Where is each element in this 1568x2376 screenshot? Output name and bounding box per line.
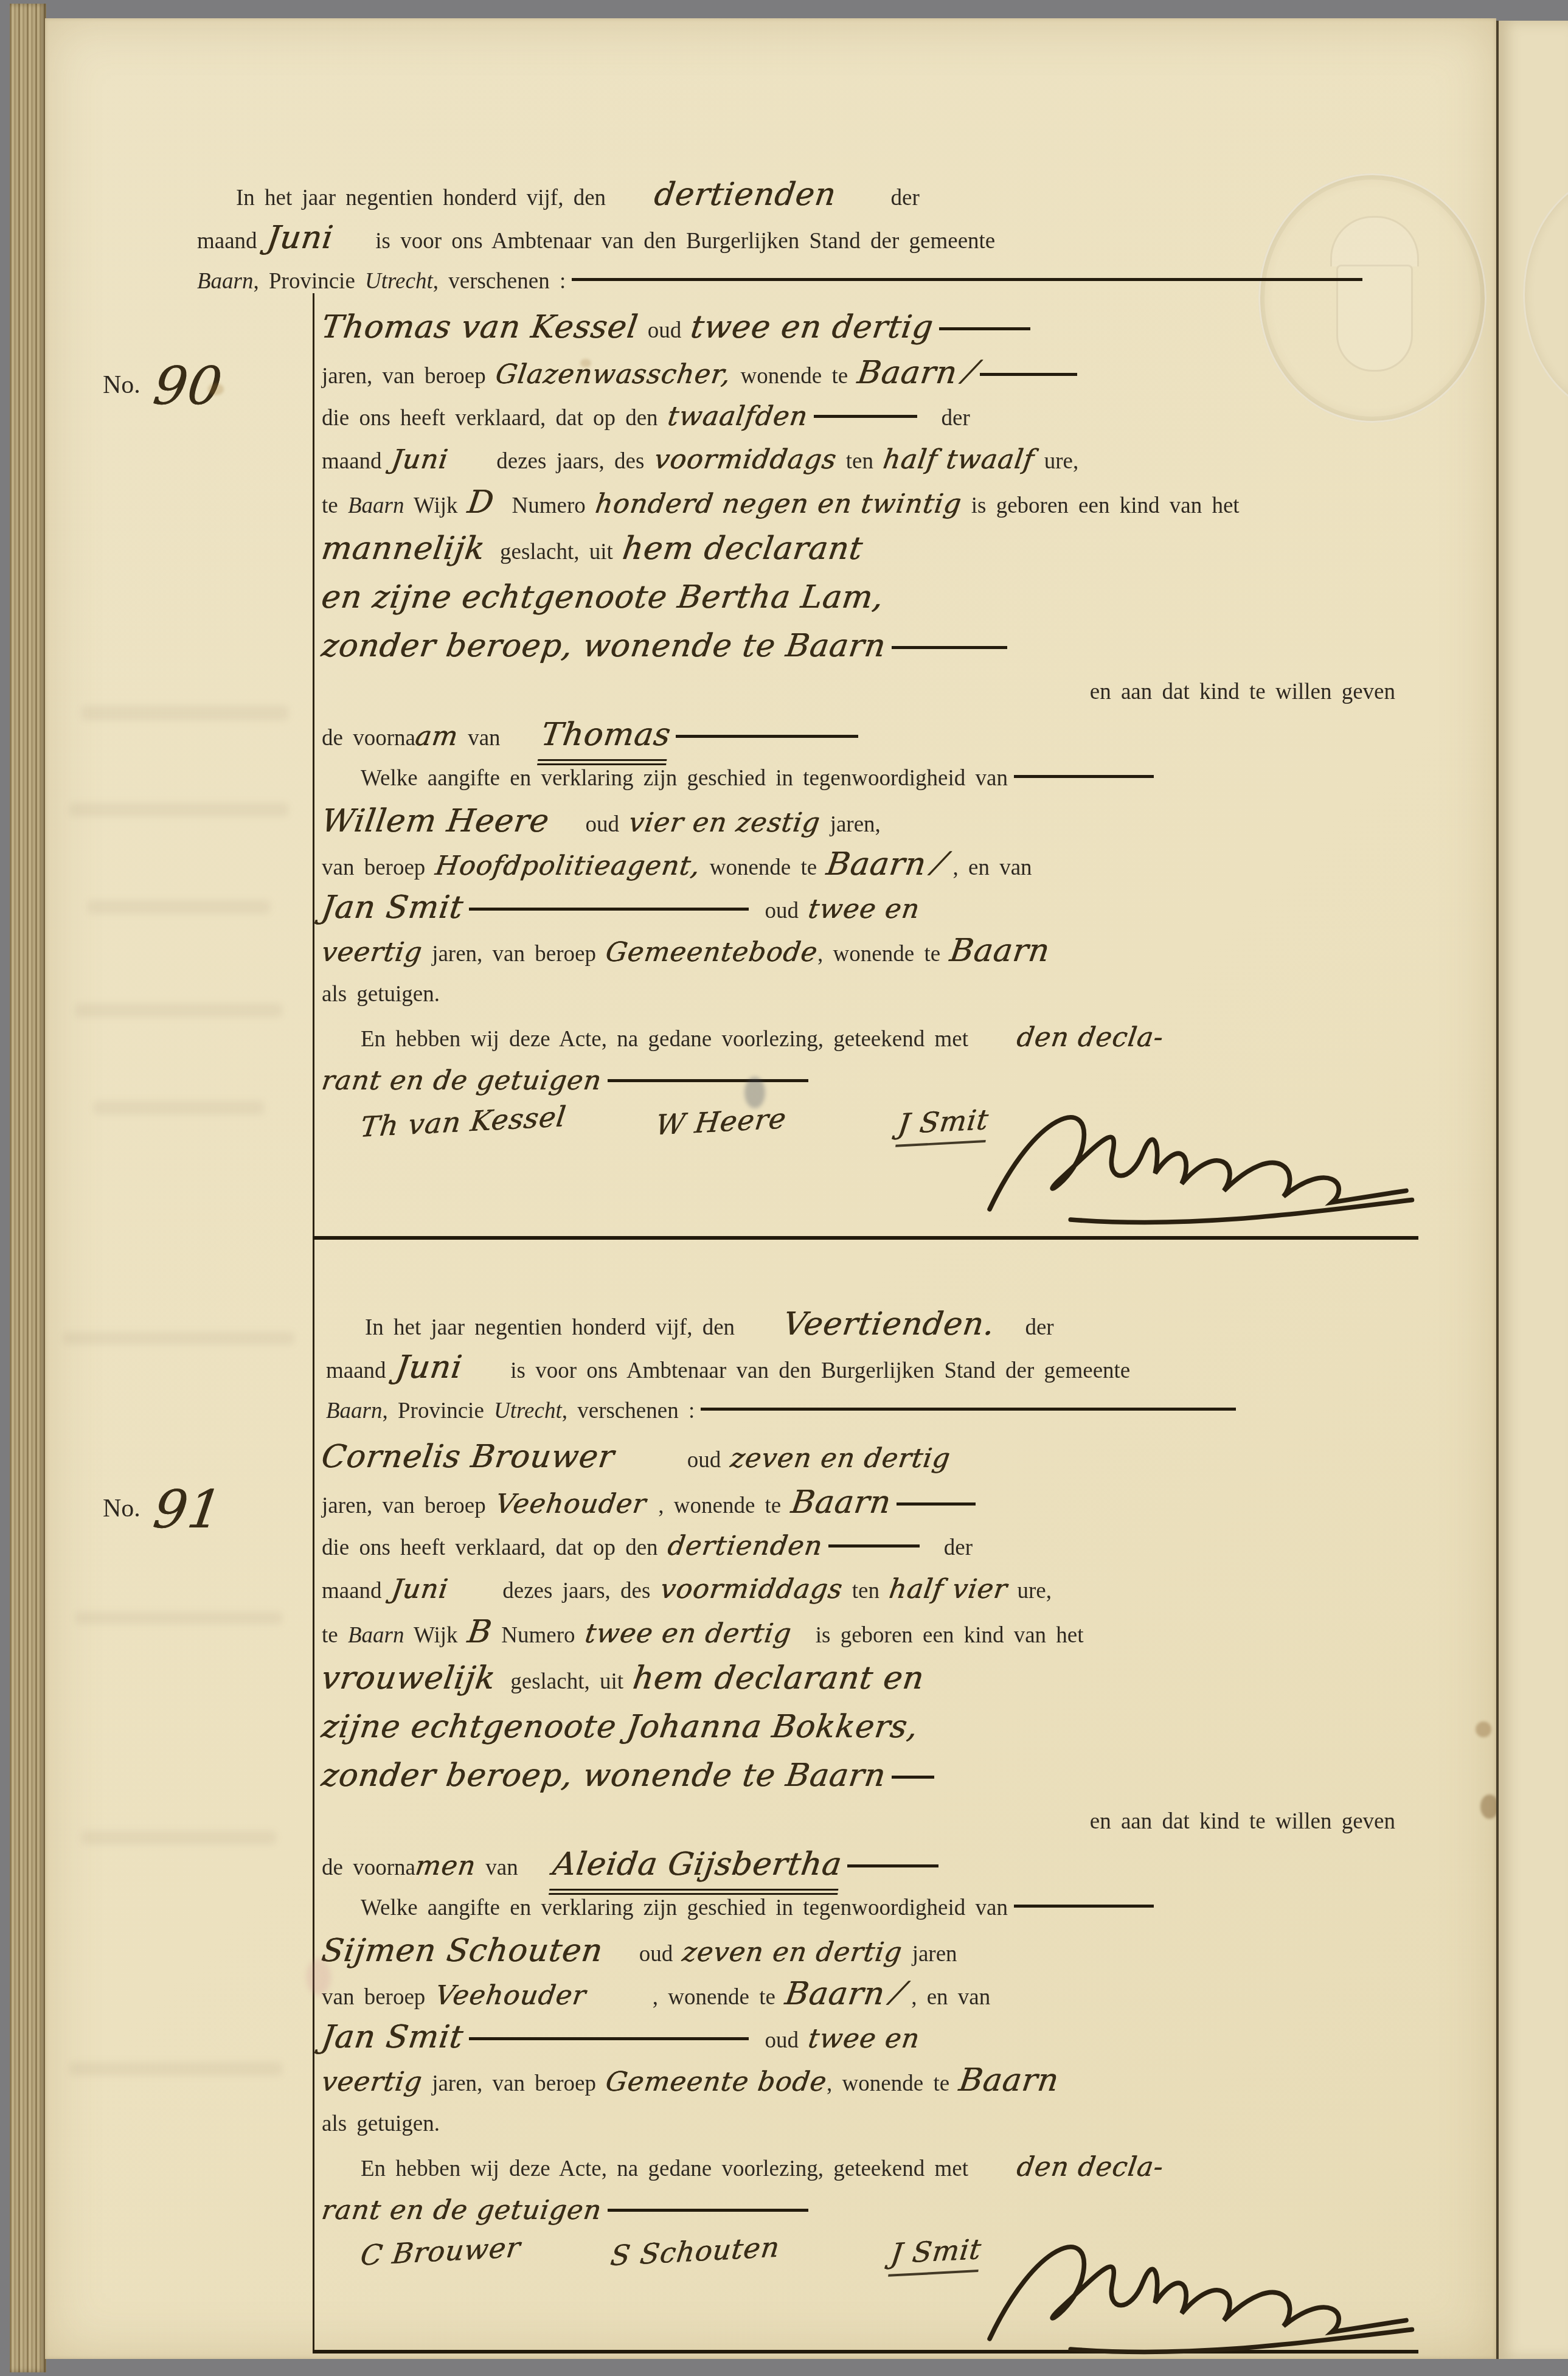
printed-text: te bbox=[322, 493, 348, 518]
printed-text: Numero bbox=[491, 1623, 585, 1648]
handwritten-text: voormiddags bbox=[657, 1568, 845, 1611]
gap bbox=[994, 1334, 1025, 1335]
printed-text: jaren, van beroep bbox=[322, 1493, 496, 1518]
ruled-blank-line bbox=[892, 1776, 934, 1779]
printed-text: wonende te bbox=[699, 855, 827, 880]
record-line: te Baarn Wijk B Numero twee en dertigis … bbox=[322, 1611, 1420, 1654]
printed-text: , Provincie bbox=[383, 1398, 494, 1423]
handwritten-text: en zijne echtgenoote Bertha Lam, bbox=[318, 573, 887, 622]
handwritten-text: D bbox=[465, 481, 497, 524]
printed-text: jaren bbox=[902, 1942, 957, 1967]
printed-text: , wonende te bbox=[653, 1985, 785, 2010]
handwritten-text: zonder beroep, wonende te Baarn bbox=[318, 622, 889, 670]
printed-text: die ons heeft verklaard, dat op den bbox=[322, 406, 668, 431]
printed-text: En hebben wij deze Acte, na gedane voorl… bbox=[361, 2156, 978, 2181]
record-line: maand Juniis voor ons Ambtenaar van den … bbox=[197, 217, 1420, 260]
handwritten-text: twee en dertig bbox=[688, 303, 937, 352]
ruled-blank-line bbox=[701, 1408, 1236, 1411]
registrar-signature-flourish bbox=[955, 1084, 1429, 1236]
gap bbox=[448, 468, 496, 468]
printed-text: maand bbox=[322, 449, 392, 474]
handwritten-text: Juni bbox=[264, 217, 336, 260]
record-header: In het jaar negentien honderd vijf, den … bbox=[326, 1303, 1421, 1433]
ruled-blank-line bbox=[608, 2209, 808, 2212]
printed-text: Baarn bbox=[348, 493, 404, 518]
printed-text: der bbox=[944, 1535, 973, 1560]
gap bbox=[549, 831, 586, 832]
printed-text: geslacht, uit bbox=[510, 1669, 633, 1694]
handwritten-text: twaalfden bbox=[665, 395, 811, 438]
record-line: Cornelis Brouweroud zeven en dertig bbox=[322, 1433, 1420, 1481]
printed-text: als getuigen. bbox=[322, 982, 440, 1007]
handwritten-text: Jan Smit bbox=[319, 2016, 466, 2059]
record-line: zijne echtgenoote Johanna Bokkers, bbox=[322, 1703, 1420, 1751]
printed-text: oud bbox=[586, 812, 630, 837]
record-line: die ons heeft verklaard, dat op den twaa… bbox=[322, 395, 1420, 438]
printed-text: de voorna bbox=[322, 726, 415, 751]
handwritten-text: half vier bbox=[886, 1568, 1010, 1611]
handwritten-text: veertig bbox=[319, 2060, 425, 2103]
stain bbox=[580, 359, 591, 367]
printed-text: jaren, bbox=[820, 812, 880, 837]
printed-text: is geboren een kind van het bbox=[816, 1623, 1084, 1648]
gap bbox=[836, 204, 891, 205]
record-line: veertig jaren, van beroep Gemeente bode,… bbox=[322, 2059, 1420, 2102]
handwritten-text: Baarn ⁄ bbox=[782, 1973, 904, 2016]
printed-text: de voorna bbox=[322, 1855, 415, 1880]
handwritten-text: den decla- bbox=[975, 1016, 1167, 1059]
printed-text: Welke aangifte en verklaring zijn geschi… bbox=[361, 1895, 1008, 1920]
record-number-label: No. bbox=[103, 371, 140, 399]
record-line: Sijmen Schoutenoud zeven en dertig jaren bbox=[322, 1930, 1420, 1973]
ruled-blank-line bbox=[814, 415, 917, 418]
record-number-value: 91 bbox=[150, 1479, 226, 1540]
record-line: veertig jaren, van beroep Gemeentebode, … bbox=[322, 929, 1420, 973]
handwritten-text: twee en bbox=[805, 888, 923, 931]
printed-text: maand bbox=[326, 1358, 396, 1383]
record-line: maand Junidezes jaars, des voormiddags t… bbox=[322, 438, 1420, 481]
handwritten-text: B bbox=[465, 1611, 494, 1654]
printed-text: Welke aangifte en verklaring zijn geschi… bbox=[361, 766, 1008, 791]
printed-text: oud bbox=[755, 898, 808, 923]
record-line: Welke aangifte en verklaring zijn geschi… bbox=[322, 1886, 1420, 1930]
printed-text: In het jaar negentien honderd vijf, den bbox=[236, 186, 616, 210]
record-line: Thomas van Kessel oud twee en dertig bbox=[322, 303, 1420, 352]
gap bbox=[923, 425, 942, 425]
gap bbox=[528, 1874, 552, 1875]
signature: Th van Kessel bbox=[358, 1097, 569, 1146]
printed-text: en aan dat kind te willen geven bbox=[1090, 679, 1395, 704]
printed-text: maand bbox=[197, 229, 267, 254]
printed-text: Baarn bbox=[326, 1398, 383, 1423]
record-line: die ons heeft verklaard, dat op den dert… bbox=[322, 1524, 1420, 1568]
handwritten-text: Glazenwasscher, bbox=[493, 353, 734, 396]
printed-text: als getuigen. bbox=[322, 2111, 440, 2136]
book-page-edges bbox=[10, 4, 46, 2372]
bleed-through bbox=[63, 1332, 294, 1344]
record-line: en aan dat kind te willen geven bbox=[322, 670, 1420, 714]
record-line: En hebben wij deze Acte, na gedane voorl… bbox=[322, 1016, 1420, 1059]
gap bbox=[646, 1512, 658, 1513]
record-line: In het jaar negentien honderd vijf, den … bbox=[197, 173, 1420, 217]
printed-text: is voor ons Ambtenaar van den Burgerlijk… bbox=[375, 229, 995, 254]
handwritten-text: zeven en dertig bbox=[679, 1931, 905, 1974]
printed-text: is voor ons Ambtenaar van den Burgerlijk… bbox=[510, 1358, 1130, 1383]
handwritten-text: Veehouder bbox=[493, 1482, 649, 1526]
gap bbox=[494, 512, 512, 513]
printed-text: oud bbox=[687, 1448, 731, 1473]
handwritten-text: Gemeentebode bbox=[603, 931, 820, 974]
printed-text: Baarn bbox=[197, 269, 254, 294]
ruled-blank-line bbox=[980, 373, 1077, 376]
printed-text: In het jaar negentien honderd vijf, den bbox=[365, 1315, 744, 1340]
gap bbox=[614, 1467, 687, 1467]
record-number-label: No. bbox=[103, 1495, 140, 1523]
printed-text: oud bbox=[755, 2028, 808, 2053]
printed-text: jaren, van beroep bbox=[422, 942, 606, 967]
gap bbox=[485, 558, 500, 559]
printed-text: wonende te bbox=[730, 364, 858, 389]
record-body: Cornelis Brouweroud zeven en dertigjaren… bbox=[322, 1433, 1420, 2232]
handwritten-text: Cornelis Brouwer bbox=[318, 1433, 617, 1481]
printed-text: oud bbox=[637, 318, 691, 343]
gap bbox=[586, 2004, 653, 2004]
bleed-through bbox=[94, 1101, 264, 1114]
next-page-edge bbox=[1496, 21, 1568, 2359]
ruled-blank-line bbox=[676, 735, 858, 738]
gap bbox=[462, 1377, 510, 1378]
record-line: In het jaar negentien honderd vijf, den … bbox=[326, 1303, 1421, 1346]
signature: W Heere bbox=[653, 1099, 788, 1144]
record-line: Baarn, Provincie Utrecht, verschenen : bbox=[197, 260, 1420, 303]
record-line: Willem Heereoud vier en zestig jaren, bbox=[322, 800, 1420, 843]
handwritten-text: dertienden bbox=[665, 1524, 825, 1568]
printed-text: jaren, van beroep bbox=[422, 2071, 606, 2096]
handwritten-text: veertig bbox=[319, 931, 425, 974]
handwritten-text: rant en de getuigen bbox=[319, 2189, 605, 2232]
record-line: als getuigen. bbox=[322, 2102, 1420, 2145]
printed-text: jaren, van beroep bbox=[322, 364, 496, 389]
handwritten-text: Thomas bbox=[537, 714, 673, 765]
handwritten-text: zeven en dertig bbox=[727, 1434, 954, 1483]
printed-text: , verschenen : bbox=[433, 269, 566, 294]
register-scan: No. 90 In het jaar negentien honderd vij… bbox=[0, 0, 1568, 2376]
printed-text: Baarn bbox=[348, 1623, 404, 1648]
bleed-through bbox=[88, 900, 270, 914]
printed-text: der bbox=[891, 186, 920, 210]
handwritten-text: men bbox=[412, 1844, 479, 1888]
signature: C Brouwer bbox=[358, 2228, 522, 2275]
handwritten-text: zonder beroep, wonende te Baarn bbox=[318, 1751, 889, 1800]
printed-text: , wonende te bbox=[658, 1493, 791, 1518]
handwritten-text: Baarn bbox=[788, 1481, 894, 1524]
stain bbox=[307, 1959, 331, 1995]
handwritten-text: Thomas van Kessel bbox=[318, 303, 641, 352]
registrar-signature-flourish bbox=[955, 2214, 1429, 2366]
ruled-blank-line bbox=[469, 2037, 749, 2040]
record-line: zonder beroep, wonende te Baarn bbox=[322, 1751, 1420, 1800]
printed-text: van bbox=[476, 1855, 528, 1880]
handwritten-text: Juni bbox=[393, 1346, 465, 1389]
bleed-through bbox=[69, 2062, 282, 2076]
handwritten-text: honderd negen en twintig bbox=[592, 482, 964, 526]
printed-text: , en van bbox=[901, 1985, 990, 2010]
ruled-blank-line bbox=[892, 646, 1007, 649]
handwritten-text: hem declarant en bbox=[630, 1654, 928, 1703]
handwritten-text: mannelijk bbox=[318, 524, 488, 573]
printed-text: van bbox=[458, 726, 510, 751]
handwritten-text: Sijmen Schouten bbox=[319, 1930, 606, 1973]
handwritten-text: half twaalf bbox=[880, 438, 1037, 481]
record-body: Thomas van Kessel oud twee en dertigjare… bbox=[322, 303, 1420, 1102]
printed-text: maand bbox=[322, 1579, 392, 1603]
record-divider bbox=[313, 1236, 1418, 1240]
handwritten-text: Willem Heere bbox=[319, 800, 552, 843]
record-line: en aan dat kind te willen geven bbox=[322, 1800, 1420, 1843]
handwritten-text: am bbox=[412, 715, 461, 758]
printed-text: ten bbox=[842, 1579, 890, 1603]
ruled-blank-line bbox=[1014, 775, 1154, 778]
ruled-blank-line bbox=[469, 908, 749, 911]
record-header: In het jaar negentien honderd vijf, den … bbox=[197, 173, 1420, 303]
handwritten-text: Juni bbox=[389, 1568, 451, 1611]
printed-text: , Provincie bbox=[254, 269, 366, 294]
stain bbox=[208, 383, 224, 395]
ruled-blank-line bbox=[828, 1544, 920, 1548]
handwritten-text: dertienden bbox=[612, 173, 839, 217]
record-line: zonder beroep, wonende te Baarn bbox=[322, 622, 1420, 670]
gap bbox=[926, 1554, 944, 1555]
printed-text: dezes jaars, des bbox=[496, 449, 654, 474]
printed-text: Utrecht bbox=[365, 269, 433, 294]
handwritten-text: Aleida Gijsbertha bbox=[549, 1843, 845, 1895]
handwritten-text: twee en bbox=[805, 2017, 923, 2060]
record-line: te Baarn Wijk DNumero honderd negen en t… bbox=[322, 481, 1420, 524]
ruled-blank-line bbox=[572, 278, 1362, 281]
handwritten-text: den decla- bbox=[975, 2145, 1167, 2189]
gap bbox=[510, 745, 541, 745]
printed-text: , verschenen : bbox=[562, 1398, 695, 1423]
gap bbox=[791, 1642, 816, 1642]
printed-text: Wijk bbox=[404, 1623, 467, 1648]
printed-text: oud bbox=[639, 1942, 683, 1967]
record-line: van beroep Hoofdpolitieagent, wonende te… bbox=[322, 843, 1420, 886]
printed-text: Utrecht bbox=[494, 1398, 562, 1423]
gap bbox=[603, 1961, 639, 1961]
bleed-through bbox=[82, 706, 288, 720]
gap bbox=[495, 1688, 510, 1689]
handwritten-text: Juni bbox=[389, 438, 451, 481]
printed-text: dezes jaars, des bbox=[502, 1579, 660, 1603]
handwritten-text: Jan Smit bbox=[319, 886, 466, 929]
handwritten-text: Baarn ⁄ bbox=[824, 843, 946, 886]
birth-record-90: No. 90 In het jaar negentien honderd vij… bbox=[45, 173, 1496, 1230]
record-line: Welke aangifte en verklaring zijn geschi… bbox=[322, 757, 1420, 800]
ruled-blank-line bbox=[939, 327, 1030, 330]
printed-text: der bbox=[942, 406, 970, 431]
handwritten-text: Hoofdpolitieagent, bbox=[432, 844, 703, 888]
handwritten-text: vier en zestig bbox=[626, 801, 823, 844]
record-number: No. 91 bbox=[103, 1479, 310, 1540]
record-line: Jan Smit oud twee en bbox=[322, 2016, 1420, 2059]
register-page: No. 90 In het jaar negentien honderd vij… bbox=[45, 18, 1496, 2359]
handwritten-text: Gemeente bode bbox=[603, 2060, 830, 2103]
ruled-blank-line bbox=[1014, 1905, 1154, 1908]
record-signatures: Th van KesselW HeereJ Smit bbox=[361, 1102, 1496, 1230]
bleed-through bbox=[75, 1004, 282, 1017]
record-line: mannelijkgeslacht, uit hem declarant bbox=[322, 524, 1420, 573]
record-line: jaren, van beroep Veehouder, wonende te … bbox=[322, 1481, 1420, 1524]
handwritten-text: Baarn bbox=[956, 2059, 1062, 2102]
record-line: Baarn, Provincie Utrecht, verschenen : bbox=[326, 1389, 1421, 1433]
handwritten-text: Veehouder bbox=[432, 1974, 589, 2017]
ink-blot bbox=[744, 1077, 765, 1108]
printed-text: der bbox=[1025, 1315, 1053, 1340]
record-number: No. 90 bbox=[103, 356, 310, 417]
printed-text: van beroep bbox=[322, 855, 435, 880]
printed-text: Wijk bbox=[404, 493, 467, 518]
printed-text: van beroep bbox=[322, 1985, 435, 2010]
printed-text: ure, bbox=[1007, 1579, 1052, 1603]
record-line: vrouwelijkgeslacht, uit hem declarant en bbox=[322, 1654, 1420, 1703]
handwritten-text: rant en de getuigen bbox=[319, 1059, 605, 1102]
bleed-through bbox=[82, 1831, 276, 1844]
handwritten-text: vrouwelijk bbox=[318, 1654, 498, 1703]
record-line: Jan Smit oud twee en bbox=[322, 886, 1420, 929]
embossed-seal-next-page bbox=[1523, 173, 1568, 416]
printed-text: en aan dat kind te willen geven bbox=[1090, 1809, 1395, 1834]
record-line: de voornamen van Aleida Gijsbertha bbox=[322, 1843, 1420, 1886]
handwritten-text: zijne echtgenoote Johanna Bokkers, bbox=[318, 1703, 921, 1751]
record-signatures: C BrouwerS SchoutenJ Smit bbox=[361, 2232, 1496, 2360]
printed-text: ure, bbox=[1034, 449, 1078, 474]
handwritten-text: twee en dertig bbox=[582, 1612, 794, 1655]
printed-text: , wonende te bbox=[827, 2071, 959, 2096]
printed-text: En hebben wij deze Acte, na gedane voorl… bbox=[361, 1027, 978, 1052]
record-line: de voornaam van Thomas bbox=[322, 714, 1420, 757]
ruled-blank-line bbox=[897, 1502, 976, 1506]
signature: S Schouten bbox=[608, 2228, 782, 2275]
printed-text: , en van bbox=[943, 855, 1032, 880]
handwritten-text: Veertienden. bbox=[741, 1303, 997, 1346]
handwritten-text: voormiddags bbox=[651, 438, 839, 481]
printed-text: geslacht, uit bbox=[500, 540, 623, 564]
record-line: maand Juniis voor ons Ambtenaar van den … bbox=[326, 1346, 1421, 1389]
printed-text: te bbox=[322, 1623, 348, 1648]
record-line: jaren, van beroep Glazenwasscher, wonend… bbox=[322, 352, 1420, 395]
stain bbox=[1476, 1721, 1491, 1737]
record-line: en zijne echtgenoote Bertha Lam, bbox=[322, 573, 1420, 622]
bleed-through bbox=[69, 803, 288, 816]
handwritten-text: Baarn bbox=[947, 929, 1053, 973]
gap bbox=[448, 1597, 502, 1598]
printed-text: , wonende te bbox=[817, 942, 950, 967]
printed-text: Numero bbox=[512, 493, 596, 518]
gap bbox=[333, 248, 375, 248]
record-line: En hebben wij deze Acte, na gedane voorl… bbox=[322, 2145, 1420, 2189]
printed-text: is geboren een kind van het bbox=[962, 493, 1240, 518]
record-line: van beroep Veehouder, wonende te Baarn ⁄… bbox=[322, 1973, 1420, 2016]
record-line: als getuigen. bbox=[322, 973, 1420, 1016]
handwritten-text: Baarn ⁄ bbox=[855, 352, 977, 395]
record-line: maand Junidezes jaars, des voormiddags t… bbox=[322, 1568, 1420, 1611]
printed-text: die ons heeft verklaard, dat op den bbox=[322, 1535, 668, 1560]
printed-text: ten bbox=[836, 449, 884, 474]
handwritten-text: hem declarant bbox=[619, 524, 866, 573]
ruled-blank-line bbox=[847, 1864, 938, 1867]
ruled-blank-line bbox=[608, 1079, 808, 1082]
bleed-through bbox=[75, 1612, 282, 1624]
